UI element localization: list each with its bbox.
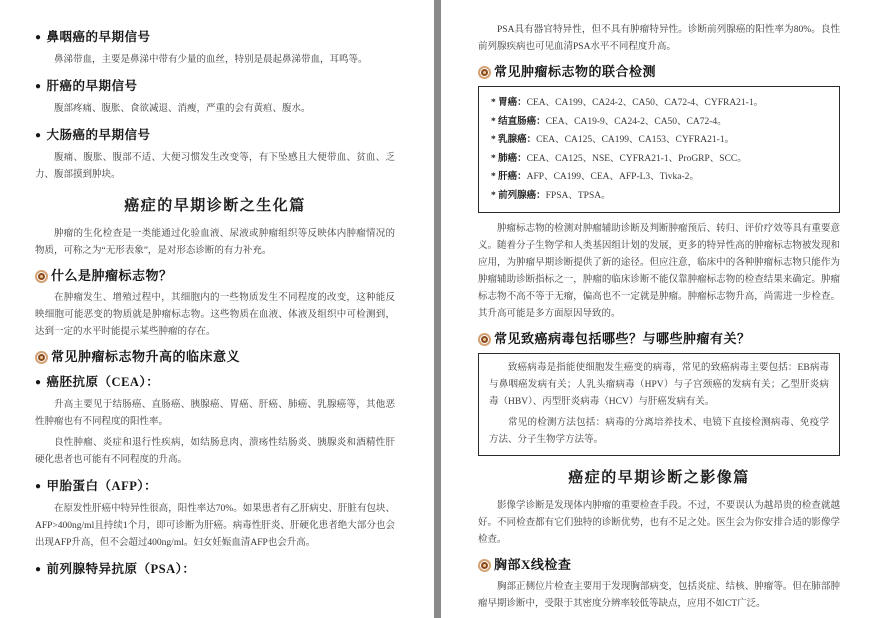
bullet-icon: ● [35,130,42,141]
virus-info-box: 致癌病毒是指能使细胞发生癌变的病毒，常见的致癌病毒主要包括：EB病毒与鼻咽癌发病… [478,353,840,456]
marker-combo-label: * 肺癌： [491,154,527,164]
paragraph-chest-xray: 胸部正侧位片检查主要用于发现胸部病变，包括炎症、结核、肿瘤等。但在肺部肿瘤早期诊… [478,579,840,613]
marker-combo-label: * 乳腺癌： [491,135,536,145]
bullseye-icon [478,559,491,572]
marker-heading-text: 癌胚抗原（CEA）： [47,375,160,389]
question-heading-text: 常见致癌病毒包括哪些？与哪些肿瘤有关？ [494,331,751,347]
page-right: PSA具有器官特异性，但不具有肿瘤特异性。诊断前列腺癌的阳性率为80%。良性前列… [441,0,878,618]
book-spread: ●鼻咽癌的早期信号 鼻涕带血，主要是鼻涕中带有少量的血丝，特别是晨起鼻涕带血，耳… [0,0,878,618]
marker-heading-psa: ●前列腺特异抗原（PSA）： [35,561,395,578]
section-heading-text: 大肠癌的早期信号 [47,128,151,142]
paragraph-cea-2: 良性肿瘤、炎症和退行性疾病，如结肠息肉、溃疡性结肠炎、胰腺炎和酒精性肝硬化患者也… [35,435,395,469]
marker-combo-item-prostate: * 前列腺癌：FPSA、TPSA。 [491,187,827,206]
paragraph-psa: PSA具有器官特异性，但不具有肿瘤特异性。诊断前列腺癌的阳性率为80%。良性前列… [478,22,840,56]
bullseye-icon [35,270,48,283]
section-heading-text: 鼻咽癌的早期信号 [47,30,151,44]
question-heading-text: 胸部X线检查 [494,557,571,573]
marker-combo-values: CEA、CA125、NSE、CYFRA21-1、ProGRP、SCC。 [527,154,747,164]
marker-combo-item-breast: * 乳腺癌：CEA、CA125、CA199、CA153、CYFRA21-1。 [491,131,827,150]
question-heading-marker-clinical-significance: 常见肿瘤标志物升高的临床意义 [35,349,395,365]
marker-combo-values: CEA、CA199、CA24-2、CA50、CA72-4、CYFRA21-1。 [527,98,763,108]
marker-combo-item-colorectal: * 结直肠癌：CEA、CA19-9、CA24-2、CA50、CA72-4。 [491,113,827,132]
marker-combo-values: CEA、CA125、CA199、CA153、CYFRA21-1。 [536,135,734,145]
question-heading-text: 常见肿瘤标志物的联合检测 [494,64,656,80]
marker-combo-label: * 前列腺癌： [491,191,546,201]
bullet-icon: ● [35,32,42,43]
paragraph-cea-1: 升高主要见于结肠癌、直肠癌、胰腺癌、胃癌、肝癌、肺癌、乳腺癌等，其他恶性肿瘤也有… [35,397,395,431]
marker-combo-values: AFP、CA199、CEA、AFP-L3、Tivka-2。 [527,172,699,182]
question-heading-combined-detection: 常见肿瘤标志物的联合检测 [478,64,840,80]
section-heading-liver-cancer: ●肝癌的早期信号 [35,78,395,95]
paragraph-tumor-marker-definition: 在肿瘤发生、增殖过程中，其细胞内的一些物质发生不同程度的改变，这种能反映细胞可能… [35,290,395,341]
page-gutter-divider [434,0,441,618]
bullet-icon: ● [35,564,42,575]
section-heading-nasopharyngeal-cancer: ●鼻咽癌的早期信号 [35,29,395,46]
marker-combo-label: * 结直肠癌： [491,117,546,127]
paragraph-colorectal-signals: 腹痛、腹胀、腹部不适、大便习惯发生改变等，有下坠感且大便带血、贫血、乏力、腹部摸… [35,150,395,184]
paragraph-virus-list: 致癌病毒是指能使细胞发生癌变的病毒，常见的致癌病毒主要包括：EB病毒与鼻咽癌发病… [489,360,829,411]
marker-combo-label: * 胃癌： [491,98,527,108]
marker-combo-item-lung: * 肺癌：CEA、CA125、NSE、CYFRA21-1、ProGRP、SCC。 [491,150,827,169]
paragraph-marker-detection-note: 肿瘤标志物的检测对肿瘤辅助诊断及判断肿瘤预后、转归、评价疗效等具有重要意义。随着… [478,221,840,323]
bullet-icon: ● [35,481,42,492]
marker-heading-afp: ●甲胎蛋白（AFP）： [35,478,395,495]
marker-heading-text: 前列腺特异抗原（PSA）： [47,562,196,576]
marker-combo-item-stomach: * 胃癌：CEA、CA199、CA24-2、CA50、CA72-4、CYFRA2… [491,94,827,113]
bullseye-icon [35,351,48,364]
paragraph-imaging-intro: 影像学诊断是发现体内肿瘤的重要检查手段。不过，不要误认为越昂贵的检查就越好。不同… [478,498,840,549]
chapter-title-imaging: 癌症的早期诊断之影像篇 [478,466,840,490]
marker-heading-cea: ●癌胚抗原（CEA）： [35,374,395,391]
marker-combo-values: CEA、CA19-9、CA24-2、CA50、CA72-4。 [546,117,727,127]
question-heading-what-are-tumor-markers: 什么是肿瘤标志物？ [35,268,395,284]
section-heading-colorectal-cancer: ●大肠癌的早期信号 [35,127,395,144]
paragraph-afp: 在原发性肝癌中特异性很高，阳性率达70%。如果患者有乙肝病史、肝脏有包块、AFP… [35,501,395,552]
question-heading-carcinogenic-viruses: 常见致癌病毒包括哪些？与哪些肿瘤有关？ [478,331,840,347]
paragraph-virus-detection-methods: 常见的检测方法包括：病毒的分离培养技术、电镜下直接检测病毒、免疫学方法、分子生物… [489,415,829,449]
paragraph-nasopharyngeal-signals: 鼻涕带血，主要是鼻涕中带有少量的血丝，特别是晨起鼻涕带血，耳鸣等。 [35,52,395,69]
question-heading-chest-xray: 胸部X线检查 [478,557,840,573]
bullseye-icon [478,66,491,79]
page-left: ●鼻咽癌的早期信号 鼻涕带血，主要是鼻涕中带有少量的血丝，特别是晨起鼻涕带血，耳… [0,0,434,618]
paragraph-biochemistry-intro: 肿瘤的生化检查是一类能通过化验血液、尿液或肿瘤组织等反映体内肿瘤情况的物质，可称… [35,226,395,260]
bullet-icon: ● [35,81,42,92]
question-heading-text: 什么是肿瘤标志物？ [51,268,173,284]
marker-combination-box: * 胃癌：CEA、CA199、CA24-2、CA50、CA72-4、CYFRA2… [478,86,840,213]
marker-combo-item-liver: * 肝癌：AFP、CA199、CEA、AFP-L3、Tivka-2。 [491,168,827,187]
marker-combo-label: * 肝癌： [491,172,527,182]
question-heading-text: 常见肿瘤标志物升高的临床意义 [51,349,240,365]
bullet-icon: ● [35,377,42,388]
marker-combo-values: FPSA、TPSA。 [546,191,611,201]
paragraph-liver-signals: 腹部疼痛、腹胀、食欲减退、消瘦，严重的会有黄疸、腹水。 [35,101,395,118]
marker-heading-text: 甲胎蛋白（AFP）： [47,479,158,493]
chapter-title-biochemistry: 癌症的早期诊断之生化篇 [35,194,395,218]
bullseye-icon [478,333,491,346]
section-heading-text: 肝癌的早期信号 [47,79,138,93]
